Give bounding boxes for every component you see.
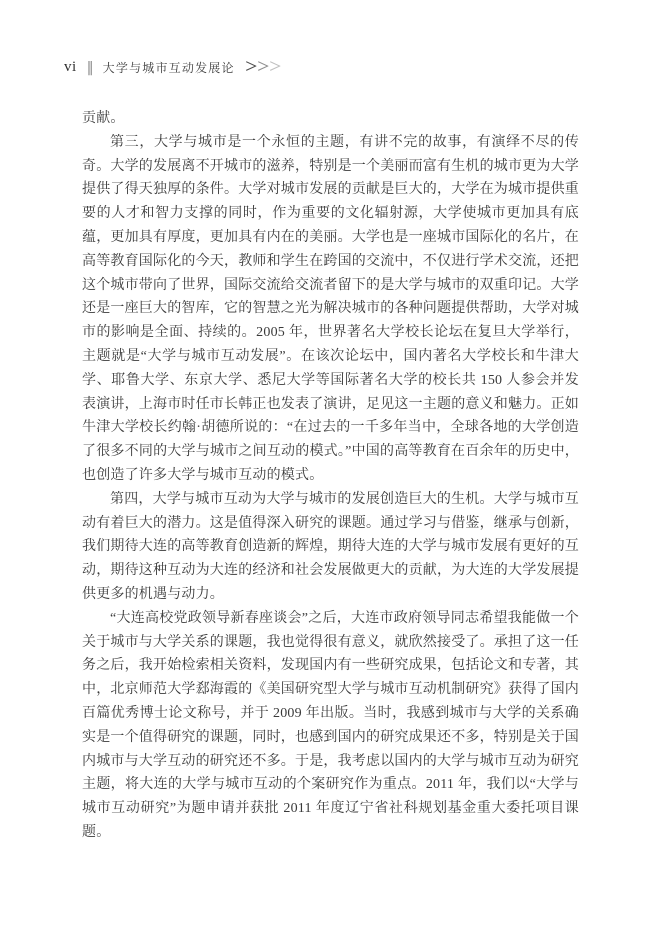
chevron-icon: ＞ xyxy=(269,62,282,74)
book-title: 大学与城市互动发展论 xyxy=(103,59,235,76)
paragraph-continuation: 贡献。 xyxy=(82,107,579,131)
book-page: vi ‖ 大学与城市互动发展论 ＞ ＞ ＞ 贡献。 第三，大学与城市是一个永恒的… xyxy=(0,0,661,925)
paragraph-third-point: 第三，大学与城市是一个永恒的主题，有讲不完的故事，有演绎不尽的传奇。大学的发展离… xyxy=(82,131,579,488)
page-number: vi xyxy=(64,59,77,76)
header-separator: ‖ xyxy=(87,60,94,76)
paragraph-research-origin: “大连高校党政领导新春座谈会”之后，大连市政府领导同志希望我能做一个关于城市与大… xyxy=(82,607,579,845)
chevron-ornament: ＞ ＞ ＞ xyxy=(245,61,281,74)
paragraph-fourth-point: 第四，大学与城市互动为大学与城市的发展创造巨大的生机。大学与城市互动有着巨大的潜… xyxy=(82,488,579,607)
page-body: 贡献。 第三，大学与城市是一个永恒的主题，有讲不完的故事，有演绎不尽的传奇。大学… xyxy=(82,107,579,845)
running-header: vi ‖ 大学与城市互动发展论 ＞ ＞ ＞ xyxy=(64,59,601,76)
